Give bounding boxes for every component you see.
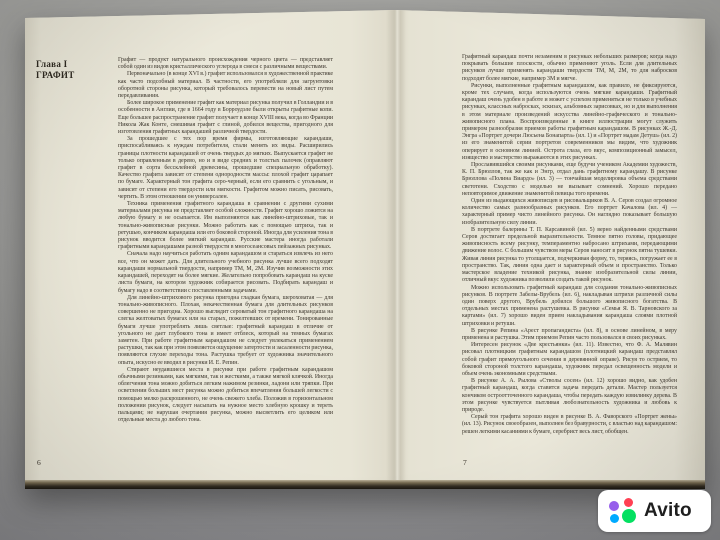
- chapter-heading: Глава I ГРАФИТ: [36, 59, 75, 80]
- paragraph: Рисунки, выполненные графитным карандашо…: [462, 83, 677, 162]
- page-block-edge: [25, 480, 705, 489]
- right-page-text-column: Графитный карандаш почти незаменим в рис…: [462, 54, 677, 436]
- paragraph: В рисунке Репина «Арест пропагандиста» (…: [462, 328, 677, 342]
- paragraph: Один из выдающихся живописцев и рисоваль…: [462, 198, 677, 227]
- paragraph: Прославившийся своими рисунками, еще буд…: [462, 162, 677, 198]
- center-fold: [386, 8, 406, 489]
- paragraph: Графит — продукт натурального происхожде…: [118, 57, 333, 71]
- avito-logo-circle-green: [622, 509, 636, 523]
- avito-wordmark: Avito: [644, 500, 692, 522]
- paragraph: Более широкое применение графит как мате…: [118, 100, 333, 136]
- paragraph: Графитный карандаш почти незаменим в рис…: [462, 54, 677, 83]
- chapter-label: Глава I: [36, 59, 75, 70]
- left-page-text-column: Графит — продукт натурального происхожде…: [118, 57, 333, 424]
- avito-logo-icon: [609, 498, 636, 525]
- paragraph: Серый тон графита хорошо виден в рисунке…: [462, 414, 677, 436]
- paragraph: Техника применения графитного карандаша …: [118, 201, 333, 251]
- paragraph: За прошедшее с тех пор время фирмы, изго…: [118, 136, 333, 201]
- book-pages: Глава I ГРАФИТ Графит — продукт натураль…: [25, 8, 705, 489]
- paragraph: Первоначально (в конце XVI в.) графит ис…: [118, 71, 333, 100]
- paragraph: В рисунке А. А. Рылова «Стволы сосен» (и…: [462, 378, 677, 414]
- page-number-right: 7: [463, 458, 467, 467]
- paragraph: В портрете балерины Т. П. Карсавиной (ил…: [462, 227, 677, 285]
- paragraph: Сначала надо научиться работать одним ка…: [118, 251, 333, 294]
- book-spread: Глава I ГРАФИТ Графит — продукт натураль…: [25, 8, 705, 489]
- paragraph: Интересен рисунок «Две крестьянки» (ил. …: [462, 342, 677, 378]
- avito-logo-circle-blue: [610, 514, 619, 523]
- avito-logo-circle-red: [624, 498, 633, 507]
- paragraph: Для линейно-штрихового рисунка пригодна …: [118, 295, 333, 367]
- avito-logo-circle-purple: [609, 501, 619, 511]
- page-number-left: 6: [37, 458, 41, 467]
- avito-watermark: Avito: [598, 490, 711, 532]
- paragraph: Можно использовать графитный карандаш дл…: [462, 285, 677, 328]
- chapter-title: ГРАФИТ: [36, 70, 75, 81]
- paragraph: Стирают неудавшиеся места в рисунке при …: [118, 367, 333, 425]
